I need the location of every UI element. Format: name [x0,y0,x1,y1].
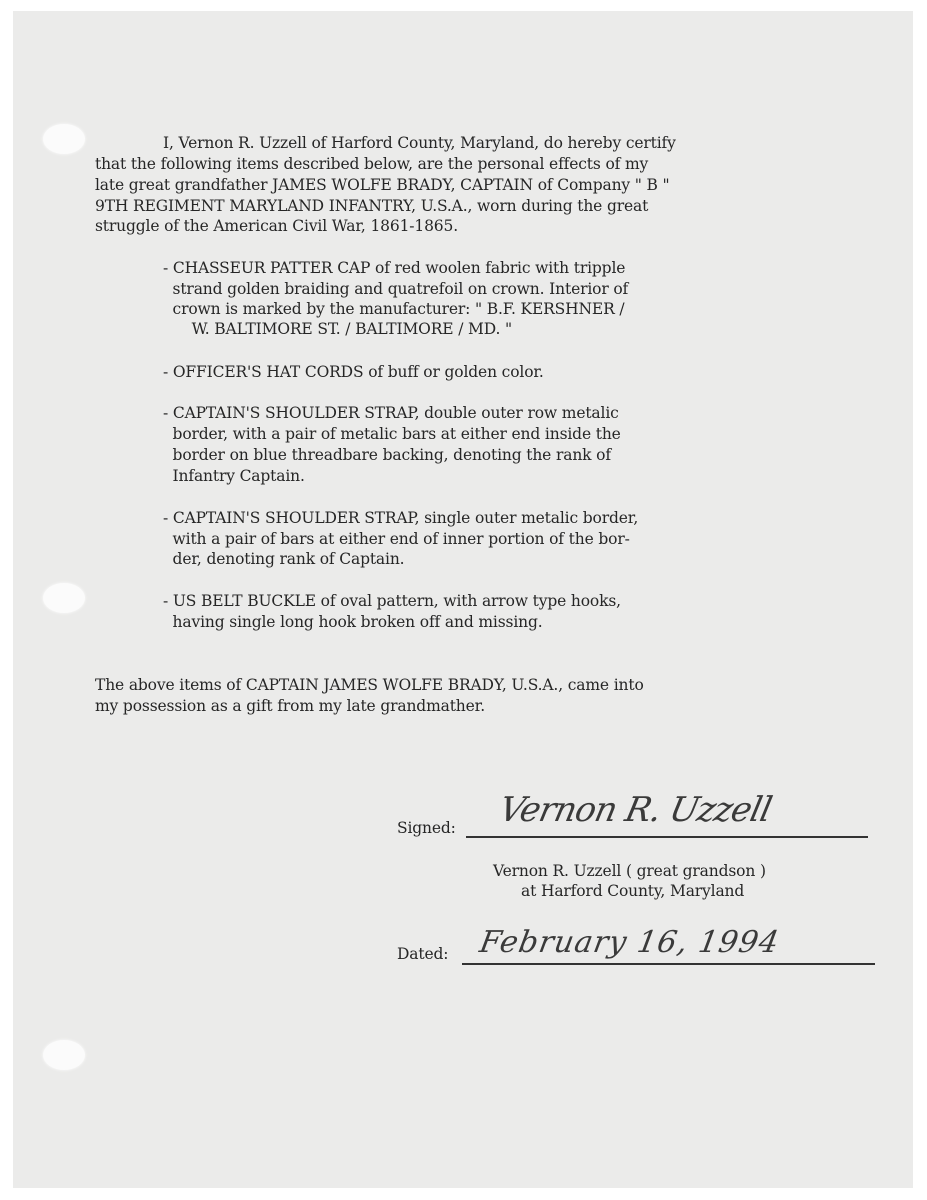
item-line: - CAPTAIN'S SHOULDER STRAP, single outer… [163,508,638,529]
intro-line: 9TH REGIMENT MARYLAND INFANTRY, U.S.A., … [95,196,648,217]
signed-label: Signed: [397,818,456,839]
item-line: Infantry Captain. [163,466,305,487]
item-line: border on blue threadbare backing, denot… [163,445,611,466]
intro-line: that the following items described below… [95,154,648,175]
punch-hole [43,583,85,613]
item-line: - CAPTAIN'S SHOULDER STRAP, double outer… [163,403,619,424]
date-line [462,963,875,965]
item-line: - OFFICER'S HAT CORDS of buff or golden … [163,362,544,383]
intro-line: struggle of the American Civil War, 1861… [95,216,458,237]
intro-line: I, Vernon R. Uzzell of Harford County, M… [163,133,676,154]
item-line: W. BALTIMORE ST. / BALTIMORE / MD. " [163,319,512,340]
item-line: crown is marked by the manufacturer: " B… [163,299,624,320]
signer-location: at Harford County, Maryland [521,881,744,902]
item-line: with a pair of bars at either end of inn… [163,529,630,550]
handwritten-date: February 16, 1994 [477,925,782,960]
signature-line [466,836,868,838]
item-line: - CHASSEUR PATTER CAP of red woolen fabr… [163,258,625,279]
dated-label: Dated: [397,944,448,965]
item-line: having single long hook broken off and m… [163,612,543,633]
intro-line: late great grandfather JAMES WOLFE BRADY… [95,175,670,196]
handwritten-signature: Vernon R. Uzzell [496,790,775,830]
item-line: border, with a pair of metalic bars at e… [163,424,621,445]
item-line: - US BELT BUCKLE of oval pattern, with a… [163,591,621,612]
punch-hole [43,124,85,154]
punch-hole [43,1040,85,1070]
closing-line: The above items of CAPTAIN JAMES WOLFE B… [95,675,644,696]
closing-line: my possession as a gift from my late gra… [95,696,485,717]
item-line: der, denoting rank of Captain. [163,549,404,570]
signer-name: Vernon R. Uzzell ( great grandson ) [493,861,766,882]
item-line: strand golden braiding and quatrefoil on… [163,279,628,300]
